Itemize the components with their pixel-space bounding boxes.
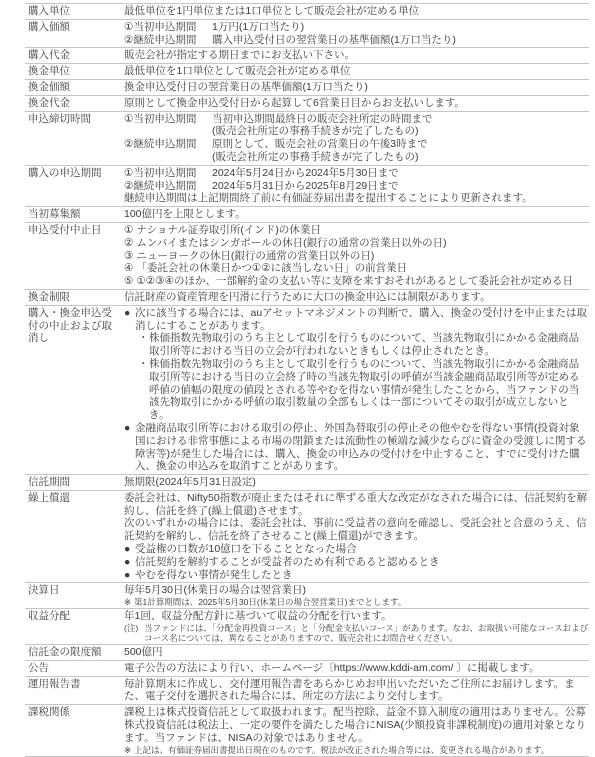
bullet-marker: ●	[124, 422, 135, 435]
note-marker: (注)	[124, 623, 144, 633]
row-label: 換金価額	[25, 81, 124, 94]
bullet-marker: ●	[124, 569, 135, 582]
line-text: 信託財産の資産管理を円滑に行うために大口の換金申込には制限があります。	[124, 291, 589, 304]
row-label: 公告	[25, 662, 124, 675]
table-row: 購入価額①当初申込期間1万円(1万口当たり)②継続申込期間購入申込受付日の翌営業…	[25, 20, 589, 49]
line-text: 株価指数先物取引のうち主として取引を行うものについて、当該先物取引にかかる金融商…	[149, 358, 589, 422]
row-value: 信託財産の資産管理を円滑に行うために大口の換金申込には制限があります。	[124, 291, 589, 304]
sub-bullet-marker: ・	[138, 332, 149, 345]
table-row: 換金単位最低単位を1口単位として販売会社が定める単位	[25, 64, 589, 80]
line-text: 信託契約を解約することが受益者のため有利であると認めるとき	[135, 556, 589, 569]
line-text: 課税上は株式投資信託として取扱われます。配当控除、益金不算入制度の適用はありませ…	[124, 706, 589, 714]
value-line-plain: 換金申込受付日の翌営業日の基準価額(1万口当たり)	[124, 81, 589, 94]
line-text: 次に該当する場合には、auアセットマネジメントの判断で、購入、換金の受付けを中止…	[135, 307, 589, 333]
row-value: 電子公告の方法により行い、ホームページ〔https://www.kddi-am.…	[124, 662, 589, 675]
line-text: 原則として換金申込受付日から起算して6営業日目からお支払いします。	[124, 97, 589, 110]
row-value: 最低単位を1円単位または1口単位として販売会社が定める単位	[124, 5, 589, 18]
value-line-plain: 原則として換金申込受付日から起算して6営業日目からお支払いします。	[124, 97, 589, 110]
line-text: 1万円(1万口当たり)	[212, 21, 589, 34]
row-value: 換金申込受付日の翌営業日の基準価額(1万口当たり)	[124, 81, 589, 94]
value-line-bullet: ●受益権の口数が10億口を下ることとなった場合	[124, 543, 589, 556]
value-line-sub: ・株価指数先物取引のうち主として取引を行うものについて、当該先物取引にかかる金融…	[124, 358, 589, 422]
table-row: 申込受付中止日① ナショナル証券取引所(インド)の休業日② ムンバイまたはシンガ…	[25, 223, 589, 290]
value-line-cont: (販売会社所定の事務手続きが完了したもの)	[124, 125, 589, 138]
line-text: 無期限(2024年5月31日設定)	[124, 476, 589, 489]
row-value: 年1回、収益分配方針に基づいて収益の分配を行います。(注)当ファンドには、「分配…	[124, 610, 589, 643]
line-term: ②継続申込期間	[124, 138, 212, 151]
line-text: 毎計算期末に作成し、交付運用報告書をあらかじめお申出いただいたご住所にお届けしま…	[124, 678, 589, 704]
value-line-plain: 毎年5月30日(休業日の場合は翌営業日)	[124, 584, 589, 597]
row-value: 500億円	[124, 646, 589, 659]
line-text: 2024年5月31日から2025年8月29日まで	[212, 180, 589, 193]
note-marker: ※	[124, 597, 134, 607]
line-text: 当初申込期間最終日の販売会社所定の時間まで	[212, 113, 589, 126]
row-label: 換金単位	[25, 65, 124, 78]
bullet-marker: ●	[124, 307, 135, 320]
value-line-plain: ④ 「委託会社の休業日かつ①②に該当しない日」の前営業日	[124, 262, 589, 275]
value-line-plain: ② ムンバイまたはシンガポールの休日(銀行の通常の営業日以外の日)	[124, 237, 589, 250]
table-row: 信託金の限度額500億円	[25, 645, 589, 661]
line-term: ①当初申込期間	[124, 167, 212, 180]
fund-summary-table: 購入単位最低単位を1円単位または1口単位として販売会社が定める単位購入価額①当初…	[25, 3, 589, 714]
row-label: 繰上償還	[25, 492, 124, 582]
table-row: 決算日毎年5月30日(休業日の場合は翌営業日)※第1計算期間は、2025年5月3…	[25, 583, 589, 609]
table-row: 収益分配年1回、収益分配方針に基づいて収益の分配を行います。(注)当ファンドには…	[25, 609, 589, 645]
value-line-plain: 年1回、収益分配方針に基づいて収益の分配を行います。	[124, 610, 589, 623]
line-term: ①当初申込期間	[124, 113, 212, 126]
row-label: 購入価額	[25, 21, 124, 47]
value-line-pair: ②継続申込期間購入申込受付日の翌営業日の基準価額(1万口当たり)	[124, 34, 589, 47]
row-value: 販売会社が指定する期日までにお支払い下さい。	[124, 49, 589, 62]
line-term: ②継続申込期間	[124, 180, 212, 193]
line-text: 購入申込受付日の翌営業日の基準価額(1万口当たり)	[212, 34, 589, 47]
row-label: 当初募集額	[25, 208, 124, 221]
row-value: ①当初申込期間1万円(1万口当たり)②継続申込期間購入申込受付日の翌営業日の基準…	[124, 21, 589, 47]
value-line-pair: ①当初申込期間当初申込期間最終日の販売会社所定の時間まで	[124, 113, 589, 126]
value-line-plain: 最低単位を1円単位または1口単位として販売会社が定める単位	[124, 5, 589, 18]
sub-bullet-marker: ・	[138, 358, 149, 371]
row-value: 毎計算期末に作成し、交付運用報告書をあらかじめお申出いただいたご住所にお届けしま…	[124, 678, 589, 704]
line-text: (販売会社所定の事務手続きが完了したもの)	[212, 151, 589, 164]
row-value: 無期限(2024年5月31日設定)	[124, 476, 589, 489]
value-line-plain: 課税上は株式投資信託として取扱われます。配当控除、益金不算入制度の適用はありませ…	[124, 706, 589, 714]
row-label: 決算日	[25, 584, 124, 607]
row-label: 換金代金	[25, 97, 124, 110]
row-label: 信託期間	[25, 476, 124, 489]
table-row: 公告電子公告の方法により行い、ホームページ〔https://www.kddi-a…	[25, 661, 589, 677]
row-value: ① ナショナル証券取引所(インド)の休業日② ムンバイまたはシンガポールの休日(…	[124, 224, 589, 288]
row-label: 課税関係	[25, 706, 124, 714]
value-line-plain: ⑤ ①②③④のほか、一部解約金の支払い等に支障を来すおそれがあるとして委託会社が…	[124, 275, 589, 288]
row-value: ①当初申込期間2024年5月24日から2024年5月30日まで②継続申込期間20…	[124, 167, 589, 205]
line-text: やむを得ない事情が発生したとき	[135, 569, 589, 582]
row-value: 委託会社は、Nifty50指数が廃止またはそれに準ずる重大な改定がなされた場合に…	[124, 492, 589, 582]
value-line-plain: 電子公告の方法により行い、ホームページ〔https://www.kddi-am.…	[124, 662, 589, 675]
line-text: 継続申込期間は上記期間終了前に有価証券届出書を提出することにより更新されます。	[124, 192, 589, 205]
value-line-plain: 毎計算期末に作成し、交付運用報告書をあらかじめお申出いただいたご住所にお届けしま…	[124, 678, 589, 704]
line-term: ①当初申込期間	[124, 21, 212, 34]
line-text: ④ 「委託会社の休業日かつ①②に該当しない日」の前営業日	[124, 262, 589, 275]
value-line-note: ※第1計算期間は、2025年5月30日(休業日の場合翌営業日)までとします。	[124, 597, 589, 607]
value-line-pair: ①当初申込期間2024年5月24日から2024年5月30日まで	[124, 167, 589, 180]
value-line-plain: 信託財産の資産管理を円滑に行うために大口の換金申込には制限があります。	[124, 291, 589, 304]
row-label: 運用報告書	[25, 678, 124, 704]
value-line-cont: (販売会社所定の事務手続きが完了したもの)	[124, 151, 589, 164]
value-line-plain: 委託会社は、Nifty50指数が廃止またはそれに準ずる重大な改定がなされた場合に…	[124, 492, 589, 518]
bullet-marker: ●	[124, 543, 135, 556]
table-row: 換金制限信託財産の資産管理を円滑に行うために大口の換金申込には制限があります。	[25, 290, 589, 306]
row-value: 課税上は株式投資信託として取扱われます。配当控除、益金不算入制度の適用はありませ…	[124, 706, 589, 714]
value-line-plain: 次のいずれかの場合には、委託会社は、事前に受益者の意向を確認し、受託会社と合意の…	[124, 517, 589, 543]
bullet-marker: ●	[124, 556, 135, 569]
line-text: ① ナショナル証券取引所(インド)の休業日	[124, 224, 589, 237]
line-text: 株価指数先物取引のうち主として取引を行うものについて、当該先物取引にかかる金融商…	[149, 332, 589, 358]
line-text: 年1回、収益分配方針に基づいて収益の分配を行います。	[124, 610, 589, 623]
value-line-plain: 継続申込期間は上記期間終了前に有価証券届出書を提出することにより更新されます。	[124, 192, 589, 205]
value-line-pair: ②継続申込期間原則として、販売会社の営業日の午後3時まで	[124, 138, 589, 151]
row-value: 最低単位を1口単位として販売会社が定める単位	[124, 65, 589, 78]
value-line-plain: 100億円を上限とします。	[124, 208, 589, 221]
line-text: 毎年5月30日(休業日の場合は翌営業日)	[124, 584, 589, 597]
value-line-pair: ①当初申込期間1万円(1万口当たり)	[124, 21, 589, 34]
table-row: 課税関係課税上は株式投資信託として取扱われます。配当控除、益金不算入制度の適用は…	[25, 705, 589, 714]
row-value: ①当初申込期間当初申込期間最終日の販売会社所定の時間まで(販売会社所定の事務手続…	[124, 113, 589, 164]
table-row: 当初募集額100億円を上限とします。	[25, 207, 589, 223]
row-label: 換金制限	[25, 291, 124, 304]
table-row: 購入の申込期間①当初申込期間2024年5月24日から2024年5月30日まで②継…	[25, 166, 589, 207]
value-line-pair: ②継続申込期間2024年5月31日から2025年8月29日まで	[124, 180, 589, 193]
line-text: 原則として、販売会社の営業日の午後3時まで	[212, 138, 589, 151]
line-text: ⑤ ①②③④のほか、一部解約金の支払い等に支障を来すおそれがあるとして委託会社が…	[124, 275, 589, 288]
line-text: 換金申込受付日の翌営業日の基準価額(1万口当たり)	[124, 81, 589, 94]
line-text: 500億円	[124, 646, 589, 659]
line-text: 当ファンドには、「分配金再投資コース」と「分配金支払いコース」があります。なお、…	[144, 623, 589, 643]
table-row: 換金代金原則として換金申込受付日から起算して6営業日目からお支払いします。	[25, 96, 589, 112]
row-label: 購入代金	[25, 49, 124, 62]
table-row: 購入代金販売会社が指定する期日までにお支払い下さい。	[25, 48, 589, 64]
row-value: 100億円を上限とします。	[124, 208, 589, 221]
table-row: 換金価額換金申込受付日の翌営業日の基準価額(1万口当たり)	[25, 80, 589, 96]
line-text: ② ムンバイまたはシンガポールの休日(銀行の通常の営業日以外の日)	[124, 237, 589, 250]
table-row: 運用報告書毎計算期末に作成し、交付運用報告書をあらかじめお申出いただいたご住所に…	[25, 677, 589, 706]
row-label: 信託金の限度額	[25, 646, 124, 659]
value-line-bullet: ●次に該当する場合には、auアセットマネジメントの判断で、購入、換金の受付けを中…	[124, 307, 589, 333]
line-text: 金融商品取引所等における取引の停止、外国為替取引の停止その他やむを得ない事情(投…	[135, 422, 589, 473]
value-line-plain: 販売会社が指定する期日までにお支払い下さい。	[124, 49, 589, 62]
line-text: ③ ニューヨークの休日(銀行の通常の営業日以外の日)	[124, 250, 589, 263]
value-line-bullet: ●やむを得ない事情が発生したとき	[124, 569, 589, 582]
line-text: 次のいずれかの場合には、委託会社は、事前に受益者の意向を確認し、受託会社と合意の…	[124, 517, 589, 543]
row-label: 申込締切時間	[25, 113, 124, 164]
line-text: 第1計算期間は、2025年5月30日(休業日の場合翌営業日)までとします。	[134, 597, 589, 607]
line-text: (販売会社所定の事務手続きが完了したもの)	[212, 125, 589, 138]
table-row: 申込締切時間①当初申込期間当初申込期間最終日の販売会社所定の時間まで(販売会社所…	[25, 112, 589, 166]
line-text: 販売会社が指定する期日までにお支払い下さい。	[124, 49, 589, 62]
row-value: ●次に該当する場合には、auアセットマネジメントの判断で、購入、換金の受付けを中…	[124, 307, 589, 473]
table-row: 購入単位最低単位を1円単位または1口単位として販売会社が定める単位	[25, 4, 589, 20]
table-row: 購入・換金申込受付の中止および取消し●次に該当する場合には、auアセットマネジメ…	[25, 306, 589, 475]
line-text: 100億円を上限とします。	[124, 208, 589, 221]
value-line-plain: 500億円	[124, 646, 589, 659]
table-row: 信託期間無期限(2024年5月31日設定)	[25, 475, 589, 491]
value-line-plain: ③ ニューヨークの休日(銀行の通常の営業日以外の日)	[124, 250, 589, 263]
value-line-plain: 最低単位を1口単位として販売会社が定める単位	[124, 65, 589, 78]
value-line-plain: 無期限(2024年5月31日設定)	[124, 476, 589, 489]
row-label: 申込受付中止日	[25, 224, 124, 288]
row-value: 原則として換金申込受付日から起算して6営業日目からお支払いします。	[124, 97, 589, 110]
line-term: ②継続申込期間	[124, 34, 212, 47]
value-line-bullet: ●信託契約を解約することが受益者のため有利であると認めるとき	[124, 556, 589, 569]
value-line-bullet: ●金融商品取引所等における取引の停止、外国為替取引の停止その他やむを得ない事情(…	[124, 422, 589, 473]
line-text: 電子公告の方法により行い、ホームページ〔https://www.kddi-am.…	[124, 662, 589, 675]
row-label: 収益分配	[25, 610, 124, 643]
row-label: 購入の申込期間	[25, 167, 124, 205]
row-value: 毎年5月30日(休業日の場合は翌営業日)※第1計算期間は、2025年5月30日(…	[124, 584, 589, 607]
line-text: 最低単位を1口単位として販売会社が定める単位	[124, 65, 589, 78]
table-row: 繰上償還委託会社は、Nifty50指数が廃止またはそれに準ずる重大な改定がなされ…	[25, 491, 589, 584]
line-text: 2024年5月24日から2024年5月30日まで	[212, 167, 589, 180]
row-label: 購入・換金申込受付の中止および取消し	[25, 307, 124, 473]
line-text: 最低単位を1円単位または1口単位として販売会社が定める単位	[124, 5, 589, 18]
line-text: 委託会社は、Nifty50指数が廃止またはそれに準ずる重大な改定がなされた場合に…	[124, 492, 589, 518]
line-text: 受益権の口数が10億口を下ることとなった場合	[135, 543, 589, 556]
value-line-note2: (注)当ファンドには、「分配金再投資コース」と「分配金支払いコース」があります。…	[124, 623, 589, 643]
value-line-plain: ① ナショナル証券取引所(インド)の休業日	[124, 224, 589, 237]
row-label: 購入単位	[25, 5, 124, 18]
value-line-sub: ・株価指数先物取引のうち主として取引を行うものについて、当該先物取引にかかる金融…	[124, 332, 589, 358]
